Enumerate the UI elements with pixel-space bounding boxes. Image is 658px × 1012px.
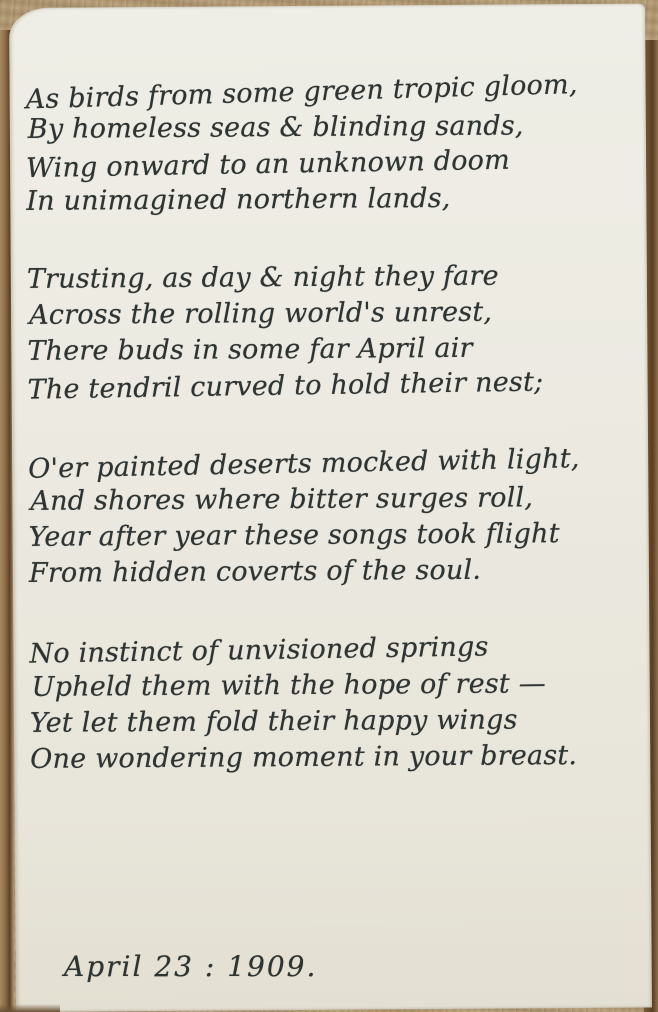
- poem-date: April 23 : 1909.: [64, 950, 317, 983]
- poem-line: Trusting, as day & night they fare: [27, 258, 652, 298]
- poem-line: Across the rolling world's unrest,: [29, 294, 652, 334]
- poem-line: The tendril curved to hold their nest;: [27, 363, 652, 409]
- poem-line: Year after year these songs took flight: [29, 516, 654, 556]
- notebook-page: As birds from some green tropic gloom, B…: [9, 4, 652, 1012]
- poem-line: One wondering moment in your breast.: [30, 738, 655, 778]
- poem-line: From hidden coverts of the soul.: [29, 552, 654, 592]
- poem-line: In unimagined northern lands,: [26, 180, 651, 220]
- poem-line: Yet let them fold their happy wings: [30, 702, 655, 742]
- stanza-2: Trusting, as day & night they fare Acros…: [27, 258, 653, 406]
- stanza-3: O'er painted deserts mocked with light, …: [28, 444, 654, 592]
- page-corner-shadow: [0, 1004, 60, 1012]
- stanza-4: No instinct of unvisioned springs Upheld…: [29, 630, 655, 778]
- poem-line: Upheld them with the hope of rest —: [32, 666, 655, 706]
- stanza-1: As birds from some green tropic gloom, B…: [25, 72, 651, 220]
- handwritten-poem: As birds from some green tropic gloom, B…: [25, 72, 655, 820]
